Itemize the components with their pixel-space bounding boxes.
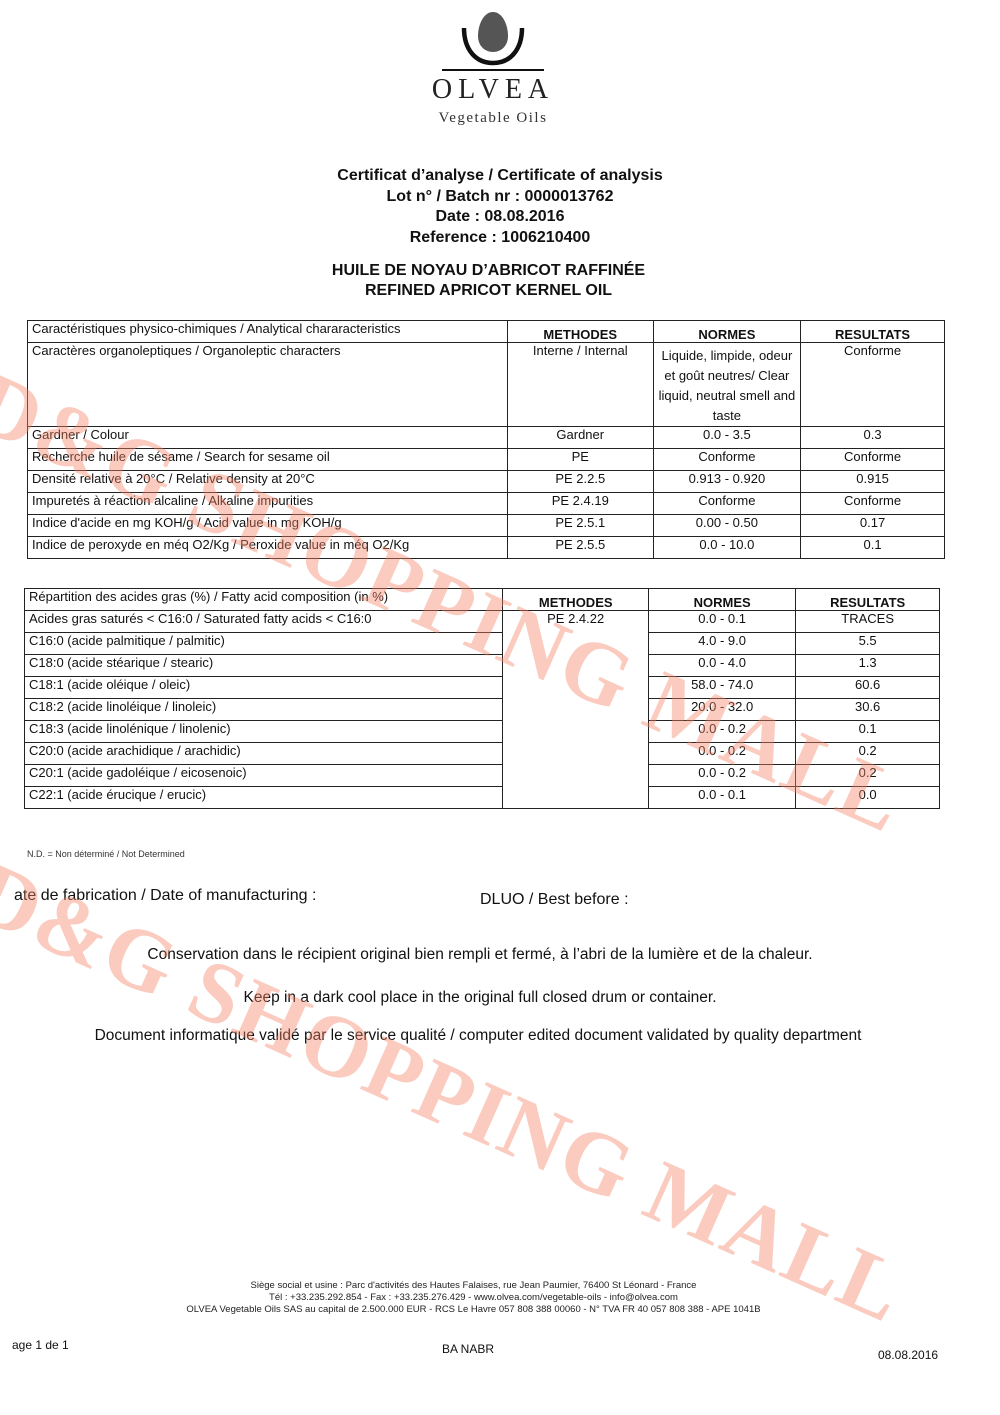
footer-contact: Tél : +33.235.292.854 - Fax : +33.235.27… (0, 1292, 947, 1304)
row-result: 0.0 (796, 787, 940, 809)
row-label: C18:3 (acide linolénique / linolenic) (25, 721, 503, 743)
row-result: Conforme (801, 449, 945, 471)
table-row: C16:0 (acide palmitique / palmitic) 4.0 … (25, 633, 940, 655)
row-label: Impuretés à réaction alcaline / Alkaline… (28, 493, 508, 515)
row-norm: 20.0 - 32.0 (649, 699, 796, 721)
column-header-norms: NORMES (649, 589, 796, 611)
storage-note-fr: Conservation dans le récipient original … (0, 946, 980, 964)
table-row: C18:0 (acide stéarique / stearic) 0.0 - … (25, 655, 940, 677)
column-header-results: RESULTATS (796, 589, 940, 611)
row-norm: Conforme (653, 493, 800, 515)
column-header-methods: METHODES (503, 589, 649, 611)
row-label: C18:0 (acide stéarique / stearic) (25, 655, 503, 677)
row-label: Caractères organoleptiques / Organolepti… (28, 343, 508, 427)
column-header-characteristic: Caractéristiques physico-chimiques / Ana… (28, 321, 508, 343)
product-title: HUILE DE NOYAU D’ABRICOT RAFFINÉE REFINE… (0, 261, 977, 301)
row-norm: 0.913 - 0.920 (653, 471, 800, 493)
manufacturing-date-label: ate de fabrication / Date of manufacturi… (14, 887, 316, 905)
row-label: C18:1 (acide oléique / oleic) (25, 677, 503, 699)
watermark: D&G SHOPPING MALL (0, 842, 920, 1344)
row-norm: 0.0 - 0.1 (649, 611, 796, 633)
fatty-acid-table: Répartition des acides gras (%) / Fatty … (24, 588, 940, 809)
row-result: 0.915 (801, 471, 945, 493)
row-label: Acides gras saturés < C16:0 / Saturated … (25, 611, 503, 633)
table-row: Recherche huile de sésame / Search for s… (28, 449, 945, 471)
row-result: 30.6 (796, 699, 940, 721)
column-header-methods: METHODES (507, 321, 653, 343)
row-label: Recherche huile de sésame / Search for s… (28, 449, 508, 471)
row-label: Indice de peroxyde en méq O2/Kg / Peroxi… (28, 537, 508, 559)
row-result: 60.6 (796, 677, 940, 699)
row-result: 0.1 (801, 537, 945, 559)
row-method: PE 2.2.5 (507, 471, 653, 493)
product-name-fr: HUILE DE NOYAU D’ABRICOT RAFFINÉE (0, 261, 977, 281)
row-label: Densité relative à 20°C / Relative densi… (28, 471, 508, 493)
row-result: 0.2 (796, 765, 940, 787)
olvea-logo: OLVEA Vegetable Oils (428, 10, 558, 127)
storage-note-en: Keep in a dark cool place in the origina… (0, 989, 980, 1007)
row-result: Conforme (801, 343, 945, 427)
analytical-table: Caractéristiques physico-chimiques / Ana… (27, 320, 945, 559)
row-result: Conforme (801, 493, 945, 515)
row-norm: Conforme (653, 449, 800, 471)
table-row: C20:1 (acide gadoléique / eicosenoic) 0.… (25, 765, 940, 787)
reference-number: Reference : 1006210400 (0, 228, 1000, 249)
table-row: Acides gras saturés < C16:0 / Saturated … (25, 611, 940, 633)
product-name-en: REFINED APRICOT KERNEL OIL (0, 281, 977, 301)
row-result: TRACES (796, 611, 940, 633)
table-row: Indice de peroxyde en méq O2/Kg / Peroxi… (28, 537, 945, 559)
column-header-results: RESULTATS (801, 321, 945, 343)
row-norm: 0.0 - 10.0 (653, 537, 800, 559)
row-label: C20:1 (acide gadoléique / eicosenoic) (25, 765, 503, 787)
row-result: 0.3 (801, 427, 945, 449)
row-method: PE (507, 449, 653, 471)
row-label: C18:2 (acide linoléique / linoleic) (25, 699, 503, 721)
footer-address: Siège social et usine : Parc d'activités… (0, 1280, 947, 1292)
row-norm: 0.0 - 4.0 (649, 655, 796, 677)
row-norm: 0.0 - 0.2 (649, 743, 796, 765)
row-method: PE 2.5.5 (507, 537, 653, 559)
row-result: 1.3 (796, 655, 940, 677)
brand-tagline: Vegetable Oils (428, 110, 558, 127)
table-row: Impuretés à réaction alcaline / Alkaline… (28, 493, 945, 515)
table-row: C18:2 (acide linoléique / linoleic) 20.0… (25, 699, 940, 721)
table-row: C20:0 (acide arachidique / arachidic) 0.… (25, 743, 940, 765)
row-norm: 0.0 - 0.2 (649, 765, 796, 787)
best-before-label: DLUO / Best before : (480, 891, 629, 909)
table-row: Indice d'acide en mg KOH/g / Acid value … (28, 515, 945, 537)
certificate-date: Date : 08.08.2016 (0, 207, 1000, 228)
table-row: C18:1 (acide oléique / oleic) 58.0 - 74.… (25, 677, 940, 699)
table-row: Gardner / Colour Gardner 0.0 - 3.5 0.3 (28, 427, 945, 449)
row-label: Gardner / Colour (28, 427, 508, 449)
footer-date: 08.08.2016 (878, 1348, 938, 1362)
footer-legal: OLVEA Vegetable Oils SAS au capital de 2… (0, 1304, 947, 1316)
batch-number: Lot n° / Batch nr : 0000013762 (0, 187, 1000, 208)
row-norm: 58.0 - 74.0 (649, 677, 796, 699)
certificate-header: Certificat d’analyse / Certificate of an… (0, 166, 1000, 248)
nd-legend: N.D. = Non déterminé / Not Determined (27, 849, 185, 859)
table-header-row: Répartition des acides gras (%) / Fatty … (25, 589, 940, 611)
row-label: C16:0 (acide palmitique / palmitic) (25, 633, 503, 655)
certificate-title: Certificat d’analyse / Certificate of an… (0, 166, 1000, 187)
row-result: 0.2 (796, 743, 940, 765)
row-label: Indice d'acide en mg KOH/g / Acid value … (28, 515, 508, 537)
row-norm: Liquide, limpide, odeur et goût neutres/… (653, 343, 800, 427)
row-method: PE 2.4.19 (507, 493, 653, 515)
company-footer: Siège social et usine : Parc d'activités… (0, 1280, 947, 1316)
row-label: C22:1 (acide érucique / erucic) (25, 787, 503, 809)
table-header-row: Caractéristiques physico-chimiques / Ana… (28, 321, 945, 343)
row-result: 0.1 (796, 721, 940, 743)
table-row: C22:1 (acide érucique / erucic) 0.0 - 0.… (25, 787, 940, 809)
column-header-norms: NORMES (653, 321, 800, 343)
row-norm: 4.0 - 9.0 (649, 633, 796, 655)
row-method: Interne / Internal (507, 343, 653, 427)
table-row: C18:3 (acide linolénique / linolenic) 0.… (25, 721, 940, 743)
validation-note: Document informatique validé par le serv… (0, 1027, 978, 1045)
table-row: Densité relative à 20°C / Relative densi… (28, 471, 945, 493)
row-norm: 0.00 - 0.50 (653, 515, 800, 537)
page-number: age 1 de 1 (12, 1338, 69, 1352)
row-norm: 0.0 - 3.5 (653, 427, 800, 449)
row-norm: 0.0 - 0.1 (649, 787, 796, 809)
row-result: 0.17 (801, 515, 945, 537)
brand-name: OLVEA (428, 74, 558, 106)
row-label: C20:0 (acide arachidique / arachidic) (25, 743, 503, 765)
row-norm: 0.0 - 0.2 (649, 721, 796, 743)
row-result: 5.5 (796, 633, 940, 655)
table-row: Caractères organoleptiques / Organolepti… (28, 343, 945, 427)
fatty-acid-method: PE 2.4.22 (503, 611, 649, 809)
column-header-composition: Répartition des acides gras (%) / Fatty … (25, 589, 503, 611)
oil-drop-icon (438, 10, 548, 72)
row-method: Gardner (507, 427, 653, 449)
row-method: PE 2.5.1 (507, 515, 653, 537)
document-code: BA NABR (442, 1342, 494, 1356)
